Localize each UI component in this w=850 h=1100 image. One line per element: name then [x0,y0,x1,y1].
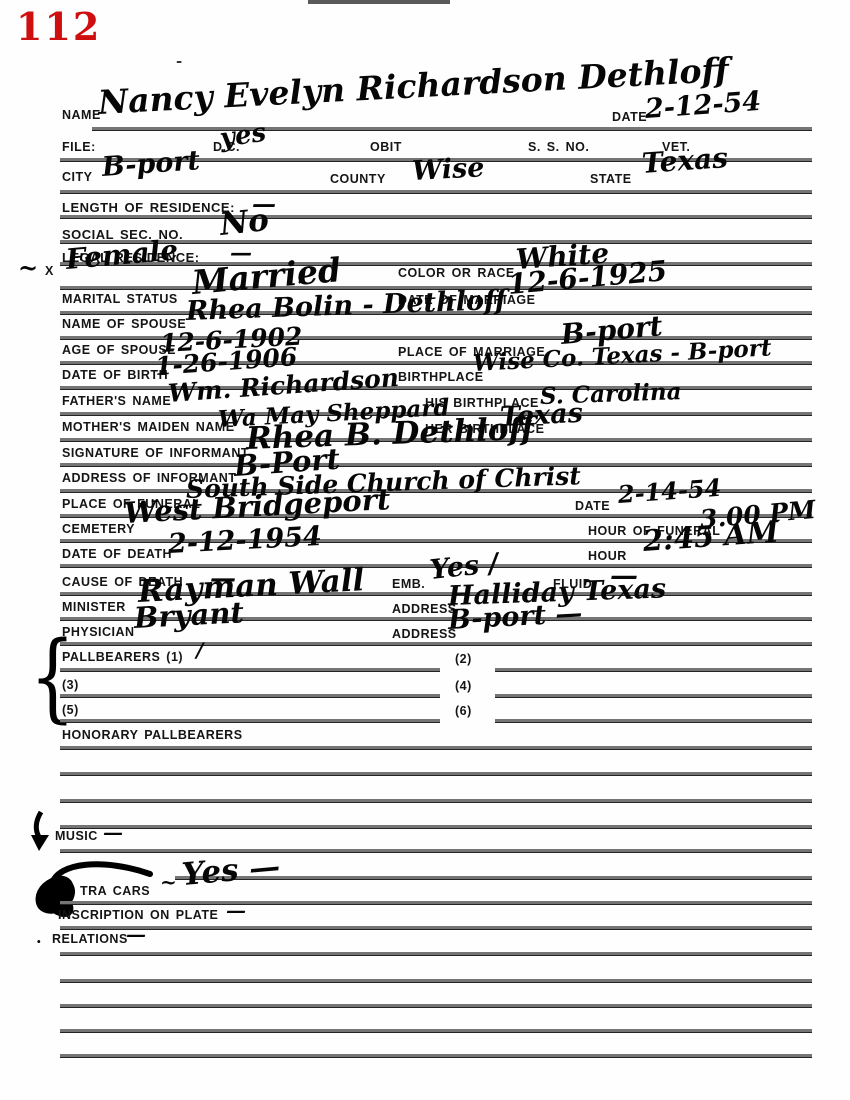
field-label-sex-x: X [45,264,54,278]
rule-line [60,1029,812,1033]
field-label-mothers-maiden-name: MOTHER'S MAIDEN NAME [62,420,235,434]
rule-line [60,926,812,930]
entry-dc: yes [218,120,267,152]
entry-state: Texas [641,144,729,178]
field-label-pallbearer-6: (6) [455,704,472,718]
rule-line [495,694,812,698]
arrow-down-mark [26,810,56,852]
field-label-date-of-birth: DATE OF BIRTH [62,368,168,382]
rule-line [92,127,812,131]
rule-line [60,215,812,219]
field-label-music: MUSIC [55,829,98,843]
field-label-color-or-race: COLOR OR RACE [398,266,515,280]
entry-county: Wise [411,154,485,185]
field-label-obit: OBIT [370,140,402,154]
field-label-inscription-on-plate: INSCRIPTION ON PLATE [58,908,218,922]
entry-extra-cars: Yes — [181,851,282,890]
field-label-length-of-residence: LENGTH OF RESIDENCE: [62,200,235,215]
page-number: 112 [16,4,101,49]
field-label-marital-status: MARITAL STATUS [62,292,178,306]
rule-line [60,979,812,983]
rule-line [60,719,440,723]
entry-relations: — [126,924,146,944]
entry-date: 2-12-54 [644,88,762,123]
sex-tilde-mark: ~ [18,256,38,280]
field-label-funeral-date: DATE [575,499,610,513]
rule-line [60,825,812,829]
field-label-extra-cars: TRA CARS [80,884,150,898]
rule-line [60,772,812,776]
entry-funeral-date: 2-14-54 [617,476,722,507]
field-label-name: NAME [62,108,101,122]
rule-line [60,668,440,672]
entry-social-sec-no: No [218,205,270,241]
field-label-pallbearers-1: PALLBEARERS (1) [62,650,183,664]
field-label-state: STATE [590,172,632,186]
rule-line [60,799,812,803]
field-label-city: CITY [62,170,92,184]
field-label-date-of-death: DATE OF DEATH [62,547,172,561]
field-label-honorary-pallbearers: HONORARY PALLBEARERS [62,728,243,742]
field-label-pallbearer-2: (2) [455,652,472,666]
rule-line [60,1004,812,1008]
field-label-minister: MINISTER [62,600,126,614]
entry-hour: 2:45 AM [642,518,780,556]
field-label-ssno: S. S. NO. [528,140,589,154]
field-label-pallbearer-3: (3) [62,678,79,692]
rule-line [60,190,812,194]
field-label-emb: EMB. [392,577,425,591]
scanned-funeral-record-page: 112 - NAME Nancy Evelyn Richardson Dethl… [0,0,850,1100]
field-label-fathers-name: FATHER'S NAME [62,394,171,408]
entry-date-of-death: 2-12-1954 [167,523,322,558]
field-label-file: FILE: [62,140,96,154]
rule-line [60,952,812,956]
field-label-relations: RELATIONS [52,932,128,946]
stray-dash-mark: - [176,54,182,69]
relations-dot-mark: · [36,934,42,950]
field-label-date: DATE [612,110,647,124]
rule-line [60,849,812,853]
entry-music: — [103,822,123,842]
entry-physician-address: B-port — [447,600,583,634]
entry-inscription-on-plate: — [226,900,246,920]
rule-line [495,719,812,723]
rule-line [60,642,812,646]
pallbearers-tick-mark: / [196,640,203,660]
entry-sex: Female [65,236,179,274]
entry-physician: Bryant [133,598,244,633]
field-label-pallbearer-5: (5) [62,703,79,717]
rule-line [60,746,812,750]
rule-line [60,694,440,698]
entry-city: B-port [101,147,201,181]
rule-line [60,1054,812,1058]
field-label-birthplace: BIRTHPLACE [398,370,484,384]
field-label-pallbearer-4: (4) [455,679,472,693]
rule-line [60,901,812,905]
extra-cars-tick-mark: ~ [160,872,177,892]
entry-birthplace: Wise Co. Texas - B-port [472,336,772,375]
rule-line [495,668,812,672]
field-label-county: COUNTY [330,172,386,186]
top-edge-line [308,0,450,4]
field-label-physician-address: ADDRESS [392,627,457,641]
field-label-signature-of-informant: SIGNATURE OF INFORMANT [62,446,249,460]
